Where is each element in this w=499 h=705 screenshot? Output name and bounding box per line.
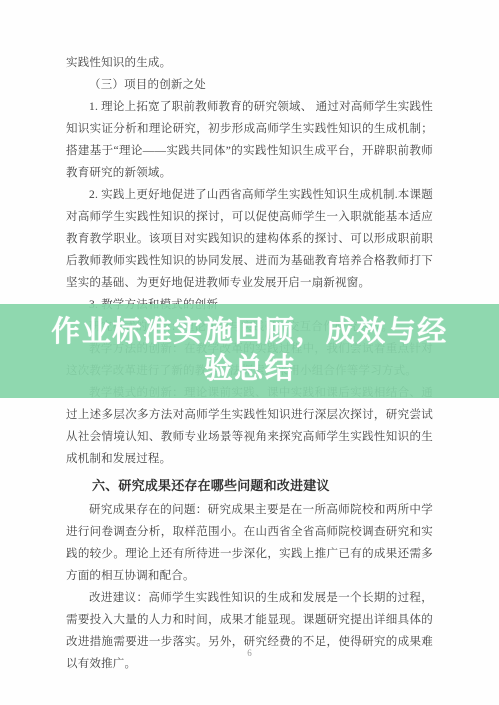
paragraph: 实践性知识的生成。 [66, 52, 433, 74]
paragraph: 改进建议：高师学生实践性知识的生成和发展是一个长期的过程，需要投入大量的人力和时… [66, 587, 433, 675]
banner-title-line-2: 验总结 [204, 351, 296, 388]
paragraph: 研究成果存在的问题：研究成果主要是在一所高师院校和两所中学进行问卷调查分析，取样… [66, 499, 433, 587]
paragraph: 1. 理论上拓宽了职前教师教育的研究领域、 通过对高师学生实践性知识实证分析和理… [66, 96, 433, 184]
document-page: 实践性知识的生成。 （三）项目的创新之处 1. 理论上拓宽了职前教师教育的研究领… [0, 0, 499, 705]
banner-title-line-1: 作业标准实施回顾，成效与经 [51, 314, 448, 351]
title-banner-overlay: 作业标准实施回顾，成效与经 验总结 [0, 304, 499, 398]
page-number: 6 [0, 648, 499, 658]
paragraph: 2. 实践上更好地促进了山西省高师学生实践性知识生成机制.本课题对高师学生实践性… [66, 184, 433, 294]
paragraph: （三）项目的创新之处 [66, 74, 433, 96]
section-heading: 六、研究成果还存在哪些问题和改进建议 [66, 475, 433, 497]
